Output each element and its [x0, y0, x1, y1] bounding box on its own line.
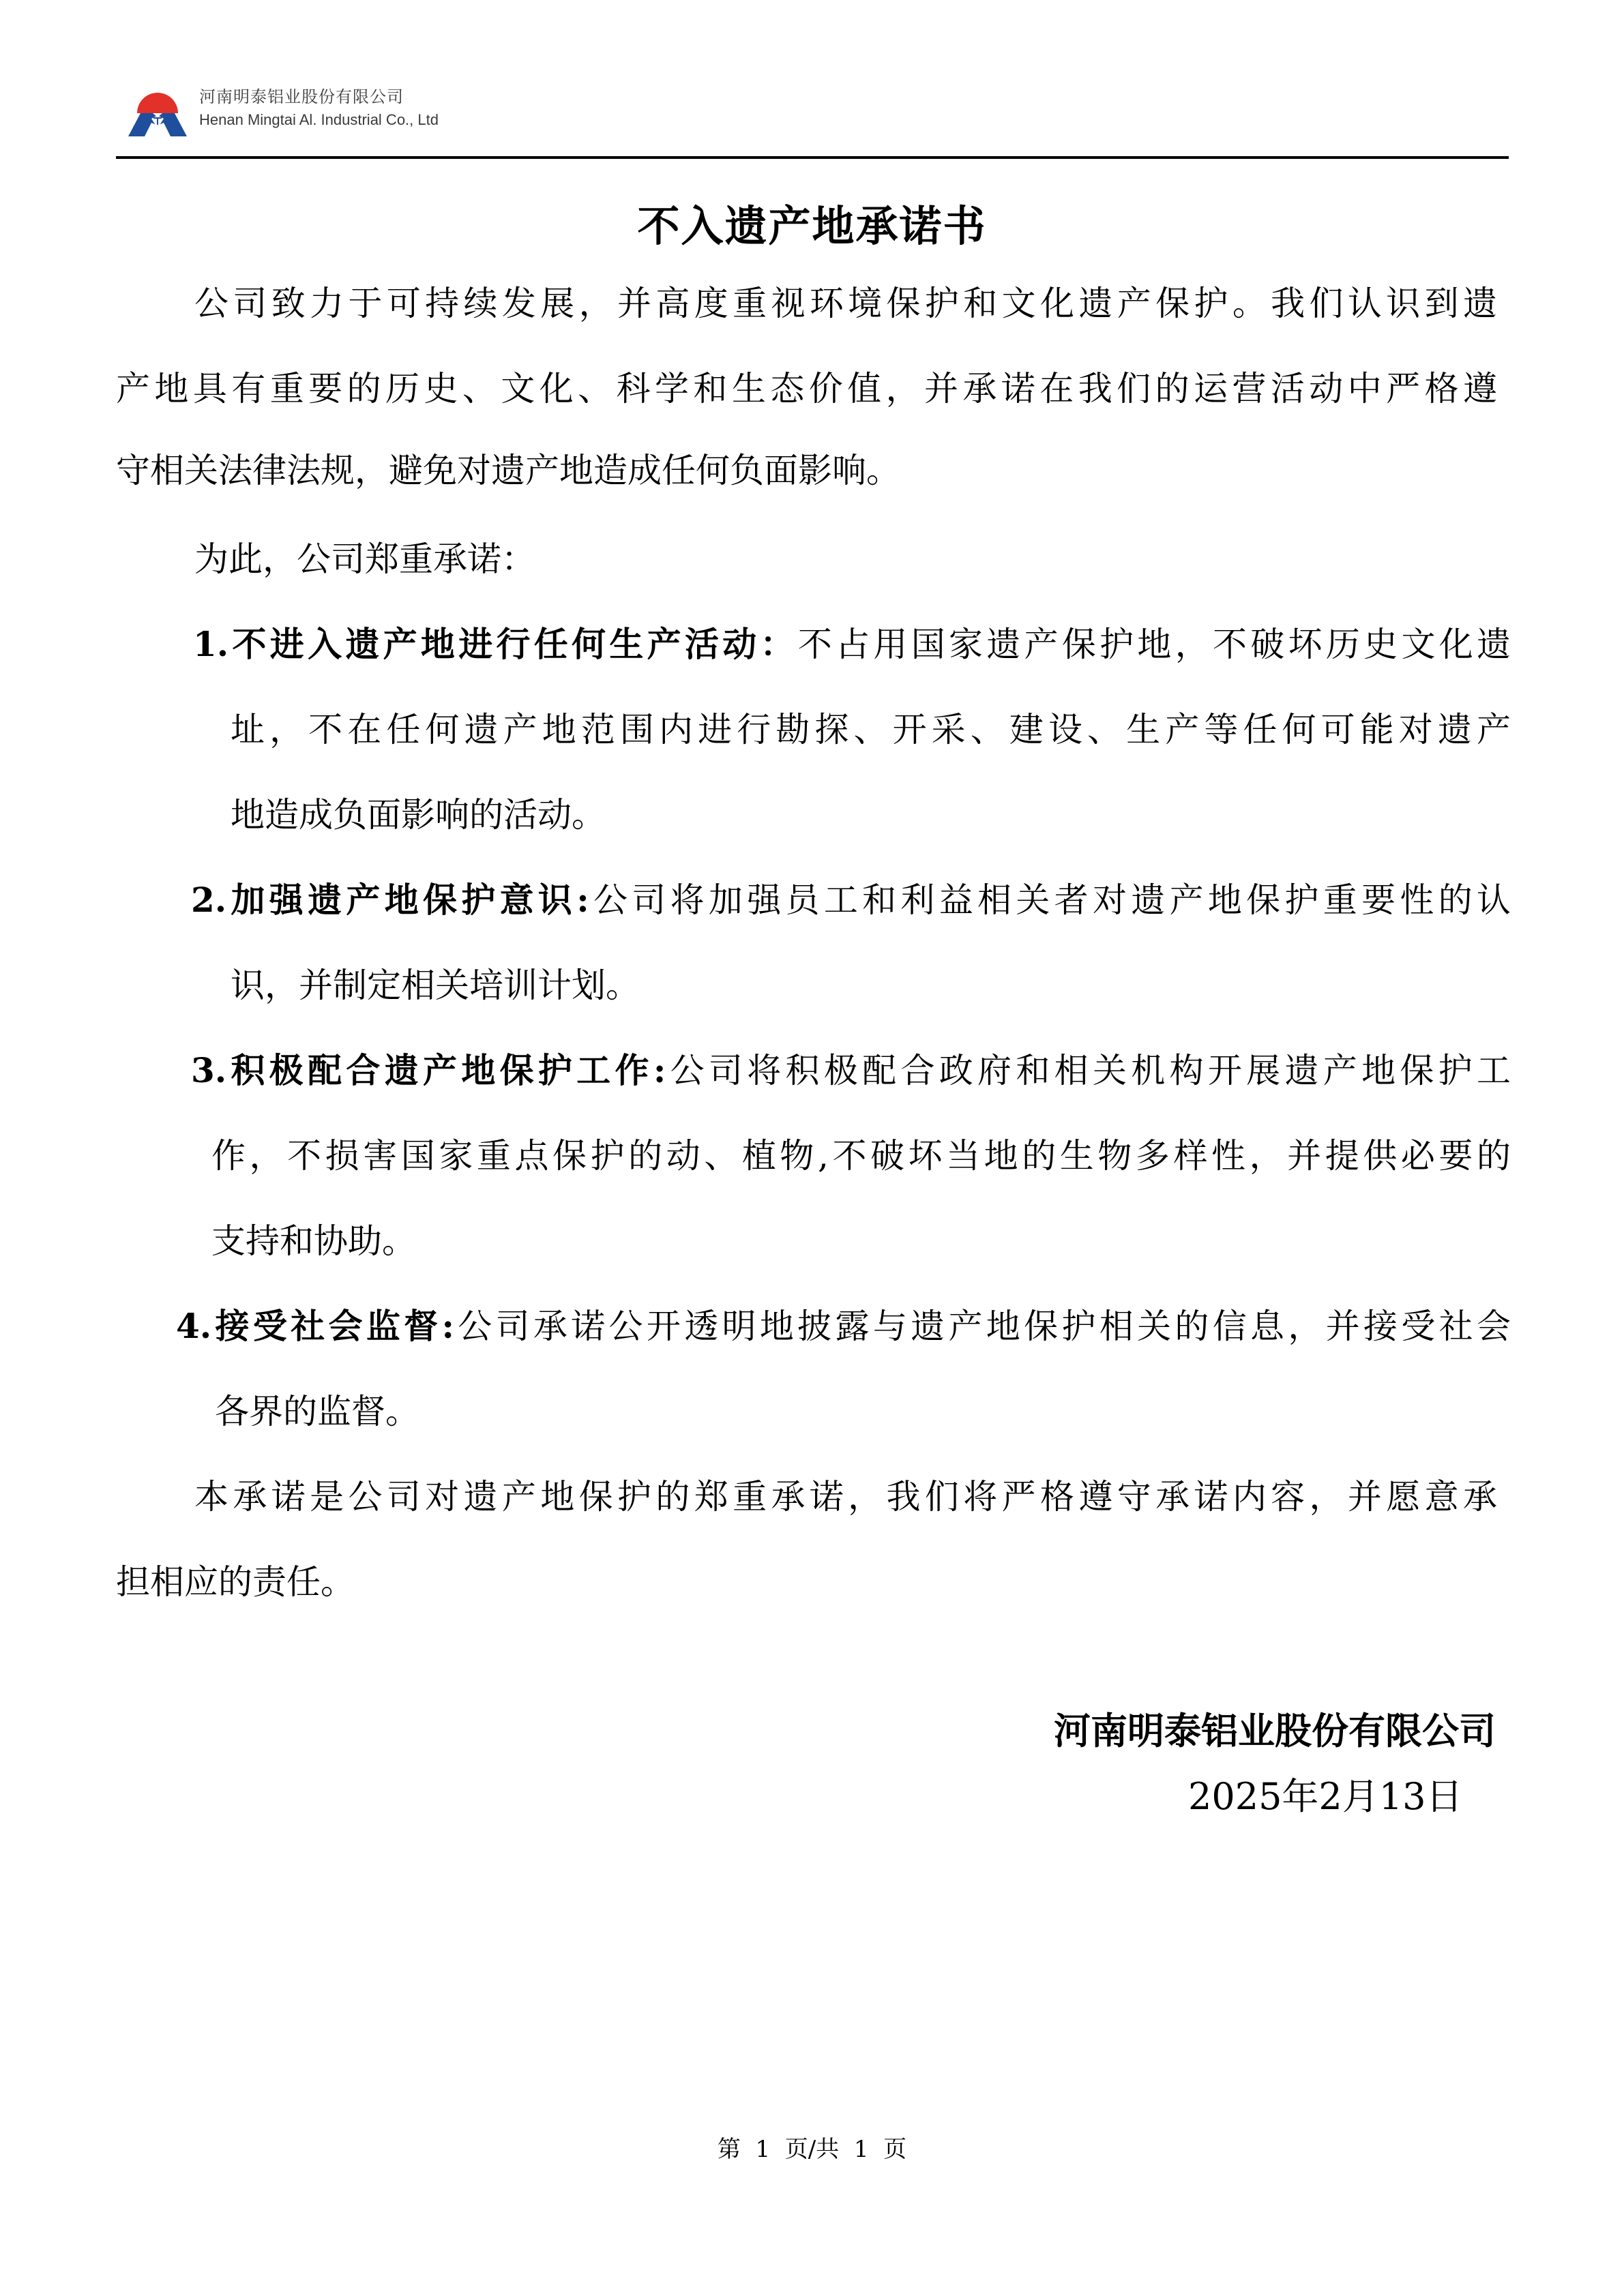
- commitment-3-heading: 积极配合遗产地保护工作:: [226, 1050, 666, 1090]
- commitment-2-number: 2.: [191, 880, 226, 920]
- intro-line: 产地具有重要的历史、文化、科学和生态价值，并承诺在我们的运营活动中严格遵: [116, 368, 1497, 409]
- commitment-1-heading: 不进入遗产地进行任何生产活动：: [228, 624, 798, 664]
- commitment-4: 4.接受社会监督:公司承诺公开透明地披露与遗产地保护相关的信息，并接受社会: [176, 1306, 1511, 1347]
- commitment-1-number: 1.: [193, 624, 228, 664]
- signature-date: 2025年2月13日: [1188, 1768, 1463, 1820]
- company-logo-icon: [128, 83, 187, 138]
- commitment-2-text: 公司将加强员工和利益相关者对遗产地保护重要性的认: [589, 880, 1511, 920]
- commitment-4-text: 公司承诺公开透明地披露与遗产地保护相关的信息，并接受社会: [454, 1307, 1511, 1346]
- header-divider: [116, 156, 1509, 159]
- letterhead-company-cn: 河南明泰铝业股份有限公司: [199, 83, 404, 107]
- commitment-4-continuation: 各界的监督。: [215, 1391, 1511, 1432]
- commitment-3-text: 公司将积极配合政府和相关机构开展遗产地保护工: [666, 1051, 1511, 1090]
- commitment-3-number: 3.: [191, 1050, 226, 1090]
- commitment-4-number: 4.: [176, 1306, 211, 1346]
- page-number: 第 1 页/共 1 页: [0, 2130, 1624, 2164]
- commitment-2-continuation: 识，并制定相关培训计划。: [231, 965, 1511, 1006]
- lead-text: 为此，公司郑重承诺：: [194, 539, 876, 580]
- intro-line: 守相关法律法规，避免对遗产地造成任何负面影响。: [116, 450, 1497, 491]
- commitment-1: 1.不进入遗产地进行任何生产活动：不占用国家遗产保护地，不破坏历史文化遗: [193, 624, 1511, 665]
- commitment-3-continuation: 作，不损害国家重点保护的动、植物,不破坏当地的生物多样性，并提供必要的: [211, 1135, 1511, 1176]
- closing-line: 本承诺是公司对遗产地保护的郑重承诺，我们将严格遵守承诺内容，并愿意承: [194, 1476, 1497, 1517]
- document-page: 河南明泰铝业股份有限公司 Henan Mingtai Al. Industria…: [0, 0, 1624, 2296]
- commitment-2: 2.加强遗产地保护意识:公司将加强员工和利益相关者对遗产地保护重要性的认: [191, 880, 1511, 921]
- document-title: 不入遗产地承诺书: [0, 192, 1624, 253]
- commitment-1-continuation: 地造成负面影响的活动。: [231, 794, 1511, 835]
- commitment-1-text: 不占用国家遗产保护地，不破坏历史文化遗: [798, 625, 1511, 664]
- commitment-2-heading: 加强遗产地保护意识:: [226, 880, 589, 920]
- commitment-3-continuation: 支持和协助。: [211, 1221, 1511, 1262]
- commitment-3: 3.积极配合遗产地保护工作:公司将积极配合政府和相关机构开展遗产地保护工: [191, 1050, 1511, 1091]
- letterhead-company-en: Henan Mingtai Al. Industrial Co., Ltd: [199, 111, 439, 129]
- commitment-4-heading: 接受社会监督:: [211, 1306, 454, 1346]
- signature-company: 河南明泰铝业股份有限公司: [1054, 1702, 1496, 1755]
- closing-line: 担相应的责任。: [116, 1562, 1497, 1602]
- commitment-1-continuation: 址，不在任何遗产地范围内进行勘探、开采、建设、生产等任何可能对遗产: [231, 709, 1511, 750]
- intro-line: 公司致力于可持续发展，并高度重视环境保护和文化遗产保护。我们认识到遗: [194, 283, 1497, 324]
